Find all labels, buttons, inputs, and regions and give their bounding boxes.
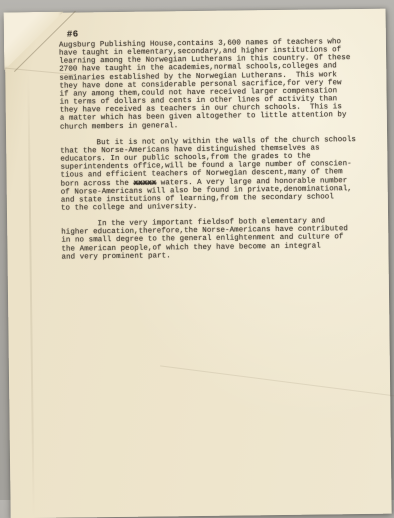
corner-fold-top-left (4, 12, 65, 71)
vertical-crease (27, 73, 34, 500)
paragraph-2: But it is not only within the walls of t… (60, 136, 369, 213)
scan-background: { "page": { "page_number": "#6", "paper_… (0, 0, 394, 500)
document-text: Augsburg Publishing House,contains 3,600… (59, 38, 370, 270)
diagonal-crease (160, 365, 394, 399)
paragraph-1: Augsburg Publishing House,contains 3,600… (59, 38, 368, 131)
paper-sheet: #6 Augsburg Publishing House,contains 3,… (5, 9, 392, 500)
page-number: #6 (67, 29, 79, 39)
paragraph-3: In the very important fieldsof both elem… (61, 217, 369, 262)
struck-word: xxxxx (133, 179, 156, 187)
